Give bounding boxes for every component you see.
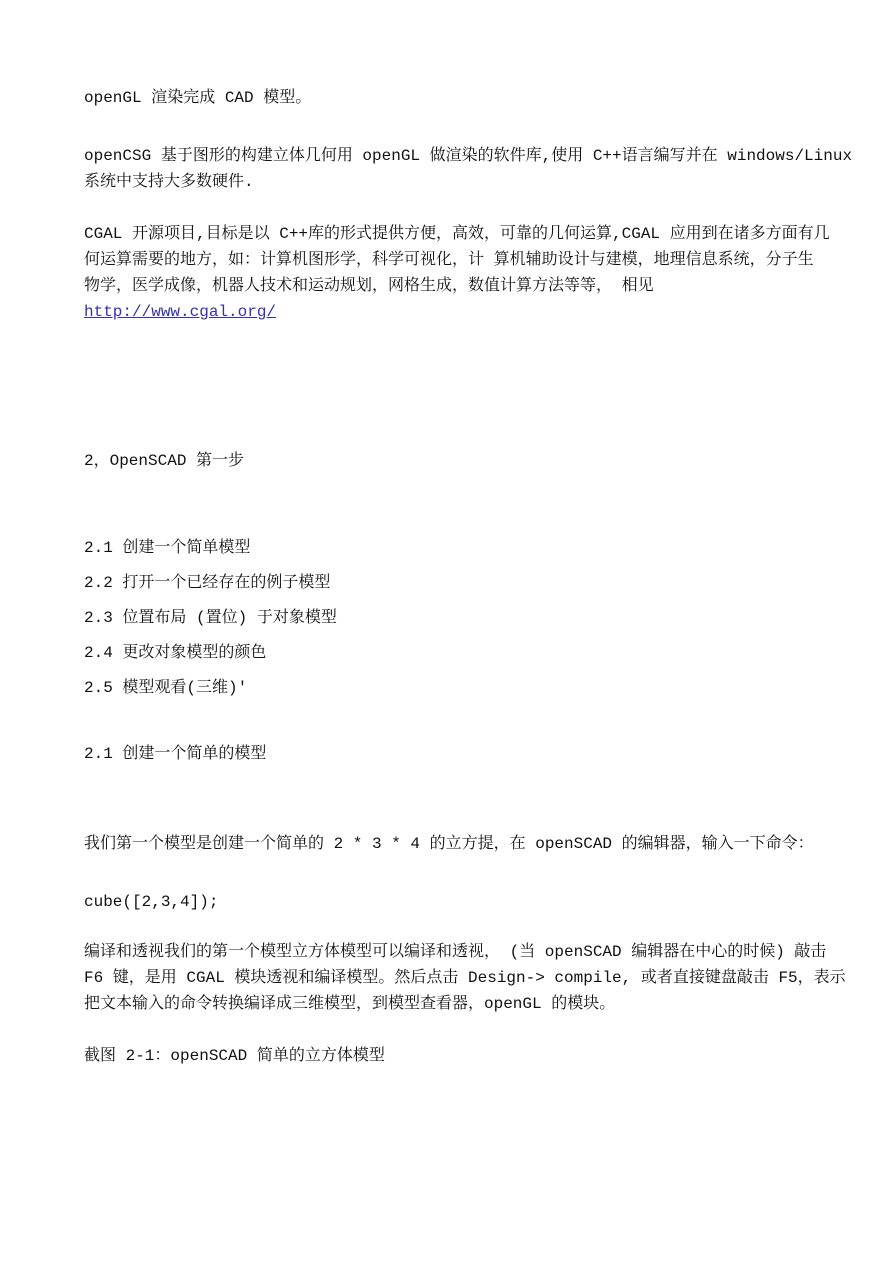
cgal-link[interactable]: http://www.cgal.org/ [84, 303, 276, 321]
toc-item-2-3: 2.3 位置布局 (置位) 于对象模型 [84, 605, 844, 631]
paragraph-compile: 编译和透视我们的第一个模型立方体模型可以编译和透视， (当 openSCAD 编… [84, 939, 844, 1017]
text-line: 把文本输入的命令转换编译成三维模型，到模型查看器，openGL 的模块。 [84, 991, 844, 1017]
text-line: 系统中支持大多数硬件. [84, 169, 844, 195]
toc-item-2-1: 2.1 创建一个简单模型 [84, 535, 844, 561]
text-line: 何运算需要的地方，如：计算机图形学，科学可视化，计 算机辅助设计与建模，地理信息… [84, 247, 844, 273]
chapter-heading: 2，OpenSCAD 第一步 [84, 448, 844, 474]
document-content: openGL 渲染完成 CAD 模型。 openCSG 基于图形的构建立体几何用… [84, 0, 844, 1069]
paragraph-cgal: CGAL 开源项目,目标是以 C++库的形式提供方便，高效，可靠的几何运算,CG… [84, 221, 844, 325]
text-line: openCSG 基于图形的构建立体几何用 openGL 做渲染的软件库,使用 C… [84, 143, 844, 169]
code-line: cube([2,3,4]); [84, 889, 844, 915]
toc-item-2-2: 2.2 打开一个已经存在的例子模型 [84, 570, 844, 596]
text-line: openGL 渲染完成 CAD 模型。 [84, 85, 844, 111]
document-page: openGL 渲染完成 CAD 模型。 openCSG 基于图形的构建立体几何用… [0, 0, 892, 1263]
text-line: CGAL 开源项目,目标是以 C++库的形式提供方便，高效，可靠的几何运算,CG… [84, 221, 844, 247]
paragraph-opengl: openGL 渲染完成 CAD 模型。 [84, 85, 844, 111]
text-line: 编译和透视我们的第一个模型立方体模型可以编译和透视， (当 openSCAD 编… [84, 939, 844, 965]
paragraph-opencsg: openCSG 基于图形的构建立体几何用 openGL 做渲染的软件库,使用 C… [84, 143, 844, 195]
text-line: 我们第一个模型是创建一个简单的 2 * 3 * 4 的立方提，在 openSCA… [84, 831, 844, 857]
text-line: 物学，医学成像，机器人技术和运动规划，网格生成，数值计算方法等等， 相见 [84, 273, 844, 299]
text-line: F6 键，是用 CGAL 模块透视和编译模型。然后点击 Design-> com… [84, 965, 844, 991]
paragraph-first-model: 我们第一个模型是创建一个简单的 2 * 3 * 4 的立方提，在 openSCA… [84, 831, 844, 857]
toc-list: 2.1 创建一个简单模型 2.2 打开一个已经存在的例子模型 2.3 位置布局 … [84, 535, 844, 701]
toc-item-2-5: 2.5 模型观看(三维)' [84, 675, 844, 701]
toc-item-2-4: 2.4 更改对象模型的颜色 [84, 640, 844, 666]
section-heading: 2.1 创建一个简单的模型 [84, 741, 844, 767]
link-line: http://www.cgal.org/ [84, 299, 844, 325]
figure-caption: 截图 2-1：openSCAD 简单的立方体模型 [84, 1043, 844, 1069]
